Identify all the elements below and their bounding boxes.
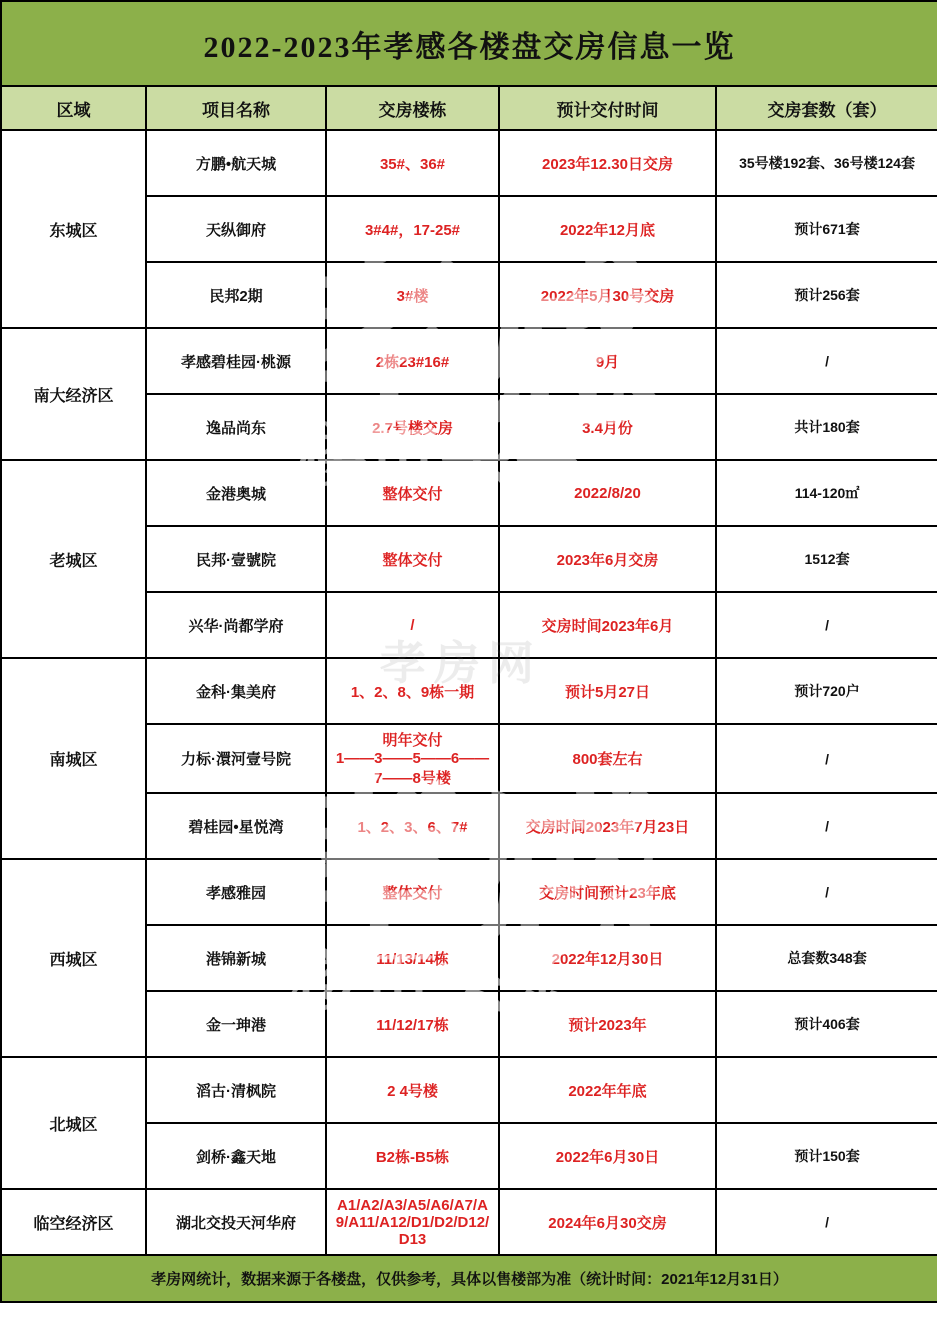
footer-note: 孝房网统计，数据来源于各楼盘，仅供参考，具体以售楼部为准（统计时间：2021年1… bbox=[1, 1255, 937, 1302]
units-cell: 预计406套 bbox=[716, 991, 937, 1057]
units-cell: 总套数348套 bbox=[716, 925, 937, 991]
delivery-time-cell: 2022年12月底 bbox=[499, 196, 716, 262]
buildings-cell: 3#4#，17-25# bbox=[326, 196, 499, 262]
units-cell: 1512套 bbox=[716, 526, 937, 592]
delivery-time-cell: 2023年6月交房 bbox=[499, 526, 716, 592]
table-row: 北城区滔古·清枫院2 4号楼2022年年底 bbox=[1, 1057, 937, 1123]
delivery-time-cell: 2023年12.30日交房 bbox=[499, 130, 716, 196]
delivery-time-cell: 3.4月份 bbox=[499, 394, 716, 460]
units-cell: 预计150套 bbox=[716, 1123, 937, 1189]
project-name-cell: 逸品尚东 bbox=[146, 394, 326, 460]
delivery-table: 2022-2023年孝感各楼盘交房信息一览 区域项目名称交房楼栋预计交付时间交房… bbox=[0, 0, 937, 1303]
units-cell: 预计720户 bbox=[716, 658, 937, 724]
delivery-info-sheet: 2022-2023年孝感各楼盘交房信息一览 区域项目名称交房楼栋预计交付时间交房… bbox=[0, 0, 937, 1329]
buildings-cell: 整体交付 bbox=[326, 526, 499, 592]
project-name-cell: 湖北交投天河华府 bbox=[146, 1189, 326, 1255]
project-name-cell: 孝感碧桂园·桃源 bbox=[146, 328, 326, 394]
project-name-cell: 金港奥城 bbox=[146, 460, 326, 526]
delivery-time-cell: 交房时间2023年6月 bbox=[499, 592, 716, 658]
units-cell: / bbox=[716, 1189, 937, 1255]
buildings-cell: A1/A2/A3/A5/A6/A7/A9/A11/A12/D1/D2/D12/D… bbox=[326, 1189, 499, 1255]
table-row: 临空经济区湖北交投天河华府A1/A2/A3/A5/A6/A7/A9/A11/A1… bbox=[1, 1189, 937, 1255]
delivery-time-cell: 2024年6月30交房 bbox=[499, 1189, 716, 1255]
table-row: 东城区方鹏•航天城35#、36#2023年12.30日交房35号楼192套、36… bbox=[1, 130, 937, 196]
column-header-2: 交房楼栋 bbox=[326, 86, 499, 130]
column-header-0: 区域 bbox=[1, 86, 146, 130]
project-name-cell: 港锦新城 bbox=[146, 925, 326, 991]
project-name-cell: 碧桂园•星悦湾 bbox=[146, 793, 326, 859]
units-cell: 共计180套 bbox=[716, 394, 937, 460]
delivery-time-cell: 交房时间预计23年底 bbox=[499, 859, 716, 925]
units-cell: / bbox=[716, 859, 937, 925]
units-cell: 114-120㎡ bbox=[716, 460, 937, 526]
table-row: 老城区金港奥城整体交付2022/8/20114-120㎡ bbox=[1, 460, 937, 526]
delivery-time-cell: 预计2023年 bbox=[499, 991, 716, 1057]
buildings-cell: 整体交付 bbox=[326, 859, 499, 925]
buildings-cell: B2栋-B5栋 bbox=[326, 1123, 499, 1189]
units-cell: / bbox=[716, 793, 937, 859]
region-cell: 东城区 bbox=[1, 130, 146, 328]
buildings-cell: 2 4号楼 bbox=[326, 1057, 499, 1123]
project-name-cell: 民邦·壹號院 bbox=[146, 526, 326, 592]
project-name-cell: 孝感雅园 bbox=[146, 859, 326, 925]
column-header-3: 预计交付时间 bbox=[499, 86, 716, 130]
units-cell: / bbox=[716, 592, 937, 658]
buildings-cell: 2.7号楼交房 bbox=[326, 394, 499, 460]
project-name-cell: 金科·集美府 bbox=[146, 658, 326, 724]
delivery-time-cell: 2022年6月30日 bbox=[499, 1123, 716, 1189]
delivery-time-cell: 2022年年底 bbox=[499, 1057, 716, 1123]
units-cell: 预计256套 bbox=[716, 262, 937, 328]
table-row: 南城区金科·集美府1、2、8、9栋一期预计5月27日预计720户 bbox=[1, 658, 937, 724]
table-row: 南大经济区孝感碧桂园·桃源2栋23#16#9月/ bbox=[1, 328, 937, 394]
buildings-cell: 11/13/14栋 bbox=[326, 925, 499, 991]
buildings-cell: 1、2、3、6、7# bbox=[326, 793, 499, 859]
project-name-cell: 方鹏•航天城 bbox=[146, 130, 326, 196]
region-cell: 老城区 bbox=[1, 460, 146, 658]
units-cell: 35号楼192套、36号楼124套 bbox=[716, 130, 937, 196]
buildings-cell: 3#楼 bbox=[326, 262, 499, 328]
region-cell: 北城区 bbox=[1, 1057, 146, 1189]
buildings-cell: 1、2、8、9栋一期 bbox=[326, 658, 499, 724]
buildings-cell: 2栋23#16# bbox=[326, 328, 499, 394]
table-row: 西城区孝感雅园整体交付交房时间预计23年底/ bbox=[1, 859, 937, 925]
units-cell: 预计671套 bbox=[716, 196, 937, 262]
delivery-time-cell: 800套左右 bbox=[499, 724, 716, 793]
page-title: 2022-2023年孝感各楼盘交房信息一览 bbox=[1, 1, 937, 86]
region-cell: 西城区 bbox=[1, 859, 146, 1057]
buildings-cell: 整体交付 bbox=[326, 460, 499, 526]
delivery-time-cell: 2022年5月30号交房 bbox=[499, 262, 716, 328]
buildings-cell: 11/12/17栋 bbox=[326, 991, 499, 1057]
delivery-time-cell: 2022/8/20 bbox=[499, 460, 716, 526]
region-cell: 南城区 bbox=[1, 658, 146, 859]
buildings-cell: / bbox=[326, 592, 499, 658]
project-name-cell: 力标·澴河壹号院 bbox=[146, 724, 326, 793]
delivery-time-cell: 预计5月27日 bbox=[499, 658, 716, 724]
units-cell: / bbox=[716, 328, 937, 394]
project-name-cell: 兴华·尚都学府 bbox=[146, 592, 326, 658]
buildings-cell: 明年交付 1——3——5——6——7——8号楼 bbox=[326, 724, 499, 793]
project-name-cell: 剑桥·鑫天地 bbox=[146, 1123, 326, 1189]
region-cell: 临空经济区 bbox=[1, 1189, 146, 1255]
column-header-4: 交房套数（套） bbox=[716, 86, 937, 130]
units-cell: / bbox=[716, 724, 937, 793]
delivery-time-cell: 交房时间2023年7月23日 bbox=[499, 793, 716, 859]
buildings-cell: 35#、36# bbox=[326, 130, 499, 196]
units-cell bbox=[716, 1057, 937, 1123]
delivery-time-cell: 9月 bbox=[499, 328, 716, 394]
delivery-time-cell: 2022年12月30日 bbox=[499, 925, 716, 991]
project-name-cell: 滔古·清枫院 bbox=[146, 1057, 326, 1123]
column-header-1: 项目名称 bbox=[146, 86, 326, 130]
project-name-cell: 金一珅港 bbox=[146, 991, 326, 1057]
table-header-row: 区域项目名称交房楼栋预计交付时间交房套数（套） bbox=[1, 86, 937, 130]
project-name-cell: 民邦2期 bbox=[146, 262, 326, 328]
project-name-cell: 天纵御府 bbox=[146, 196, 326, 262]
region-cell: 南大经济区 bbox=[1, 328, 146, 460]
